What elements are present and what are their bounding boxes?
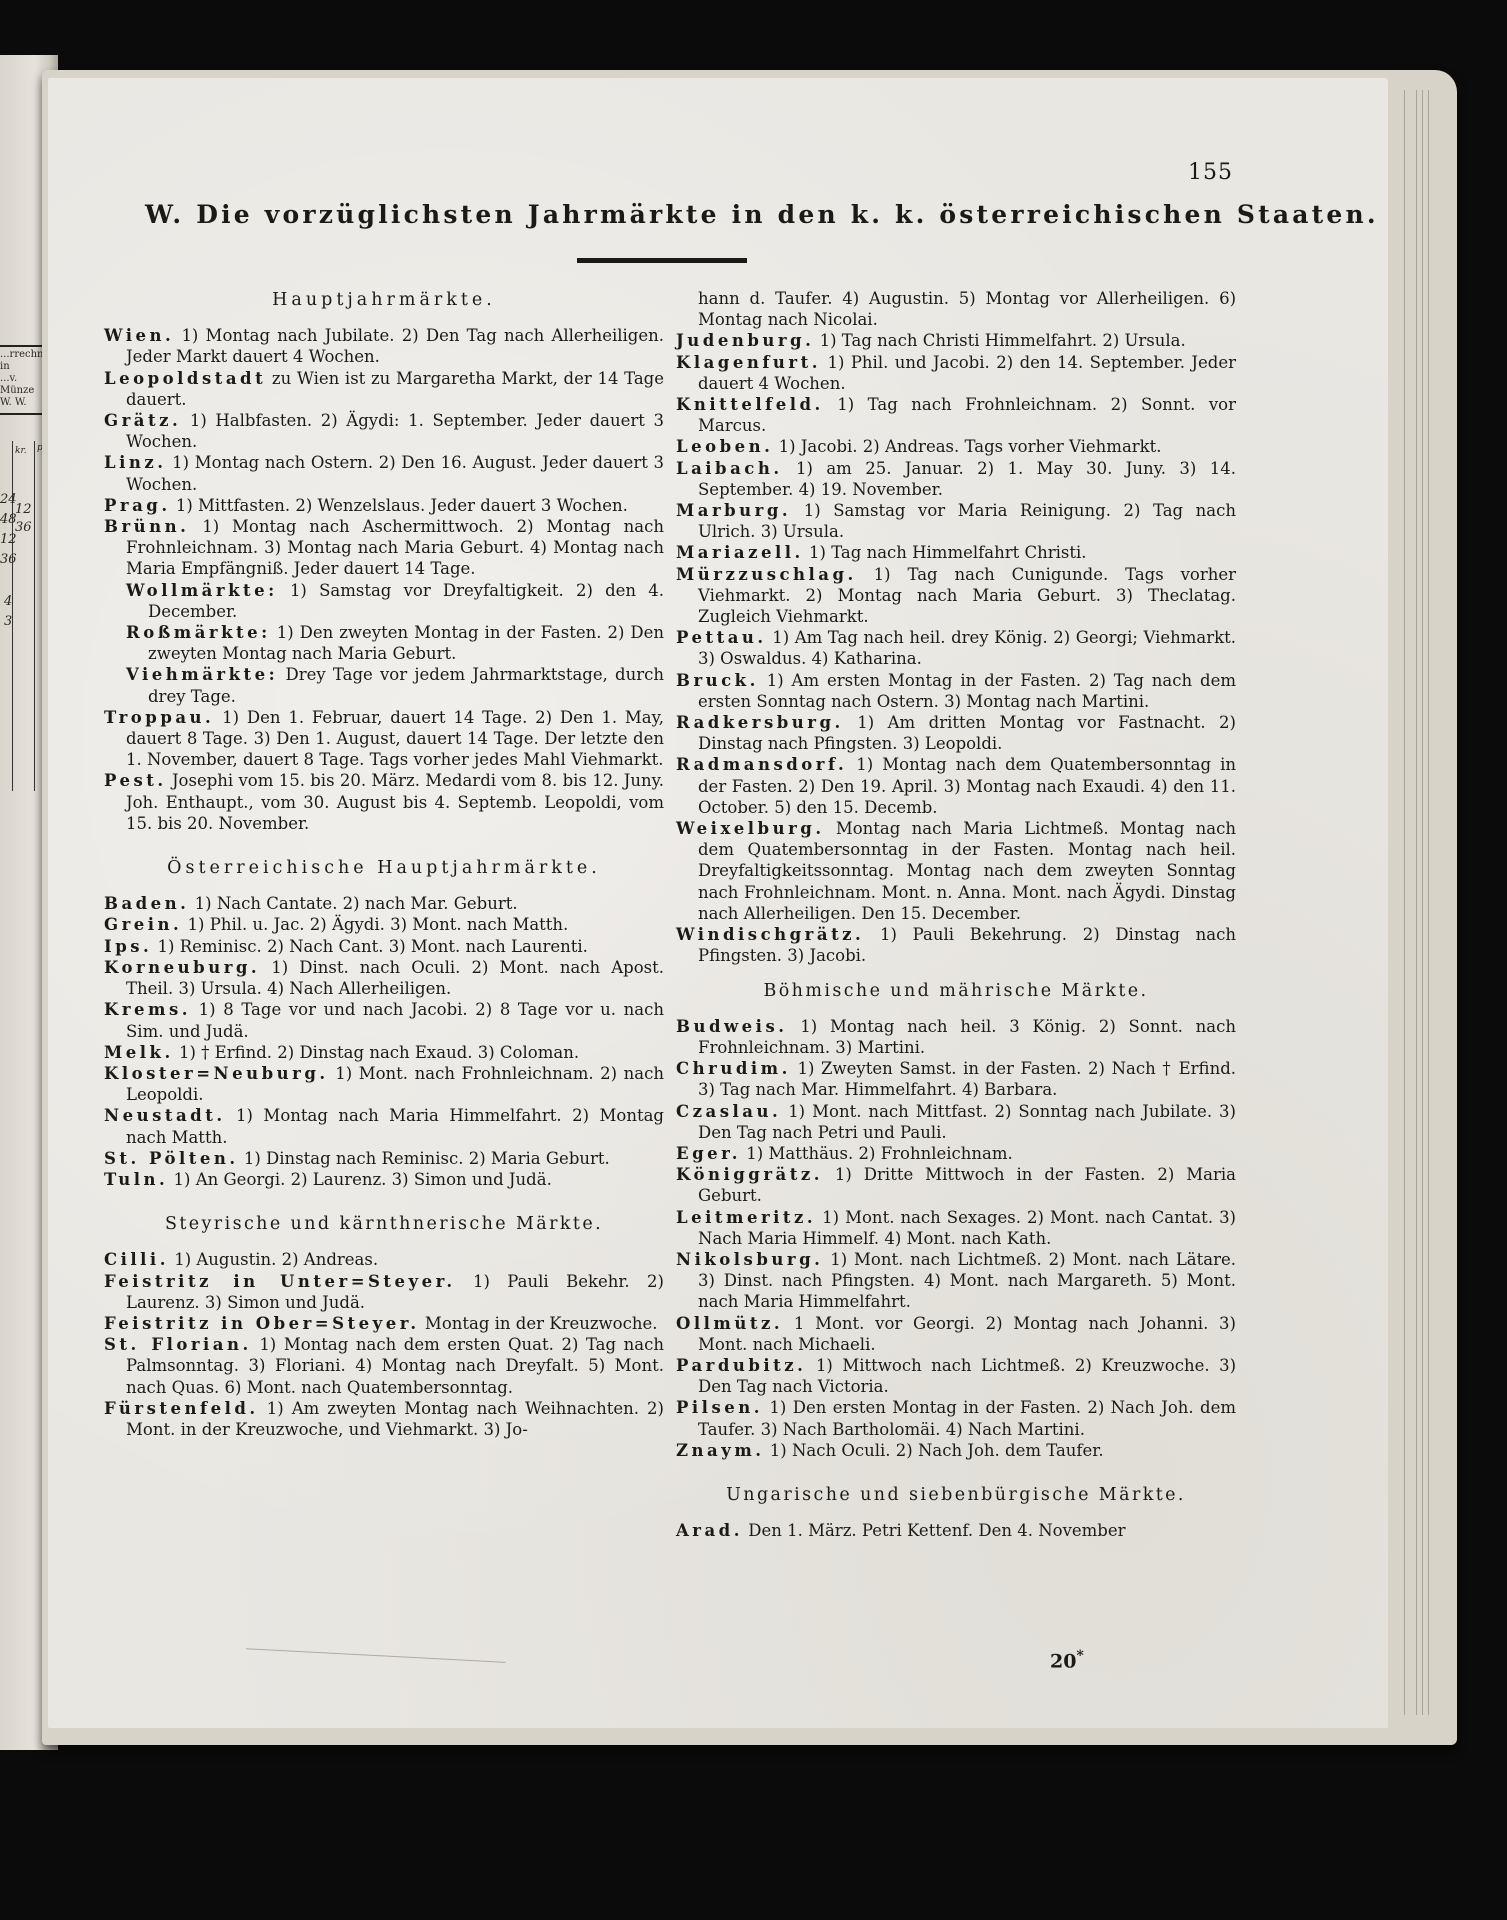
left-text-column: Hauptjahrmärkte. Wien. 1) Montag nach Ju…: [104, 288, 664, 1440]
market-entry: St. Pölten. 1) Dinstag nach Reminisc. 2)…: [104, 1148, 664, 1169]
signature-number: 20: [1050, 1650, 1076, 1672]
place-name: Czaslau.: [676, 1102, 781, 1121]
market-entry: Wien. 1) Montag nach Jubilate. 2) Den Ta…: [104, 325, 664, 367]
place-name: Troppau.: [104, 708, 214, 727]
place-name: Eger.: [676, 1144, 741, 1163]
market-entry: Kloster=Neuburg. 1) Mont. nach Frohnleic…: [104, 1063, 664, 1105]
market-entry: Pest. Josephi vom 15. bis 20. März. Meda…: [104, 770, 664, 834]
table-value: 24: [0, 493, 17, 507]
previous-page-table-header: ...rrechnet in ...v. Münze W. W.: [0, 345, 48, 415]
page-edge-line: [1404, 90, 1405, 1715]
market-subentry: Roßmärkte: 1) Den zweyten Montag in der …: [104, 622, 664, 664]
place-name: Leitmeritz.: [676, 1208, 816, 1227]
place-name: Pettau.: [676, 628, 767, 647]
table-header-line: ...rrechnet in: [0, 349, 48, 373]
place-name: Feistritz in Unter=Steyer.: [104, 1272, 456, 1291]
market-dates: 1) Den ersten Montag in der Fasten. 2) N…: [698, 1398, 1236, 1438]
market-entry: Laibach. 1) am 25. Januar. 2) 1. May 30.…: [676, 458, 1236, 500]
market-entry: Bruck. 1) Am ersten Montag in der Fasten…: [676, 670, 1236, 712]
market-dates: 1) † Erfind. 2) Dinstag nach Exaud. 3) C…: [179, 1043, 579, 1062]
place-name: Radkersburg.: [676, 713, 844, 732]
place-name: St. Pölten.: [104, 1149, 239, 1168]
market-entry: Nikolsburg. 1) Mont. nach Lichtmeß. 2) M…: [676, 1249, 1236, 1313]
market-entry: Fürstenfeld. 1) Am zweyten Montag nach W…: [104, 1398, 664, 1440]
page-edge-line: [1422, 90, 1423, 1715]
market-entry: Feistritz in Ober=Steyer. Montag in der …: [104, 1313, 664, 1334]
market-entry: Grein. 1) Phil. u. Jac. 2) Ägydi. 3) Mon…: [104, 914, 664, 935]
place-name: Neustadt.: [104, 1106, 226, 1125]
place-name: Klagenfurt.: [676, 353, 821, 372]
market-dates: 1) Phil. u. Jac. 2) Ägydi. 3) Mont. nach…: [188, 915, 569, 934]
place-name: Melk.: [104, 1043, 174, 1062]
section-heading: Böhmische und mährische Märkte.: [676, 981, 1236, 1002]
table-value: 48: [0, 513, 17, 527]
market-entry: Eger. 1) Matthäus. 2) Frohnleichnam.: [676, 1143, 1236, 1164]
place-name: Prag.: [104, 496, 171, 515]
market-entry: Leitmeritz. 1) Mont. nach Sexages. 2) Mo…: [676, 1207, 1236, 1249]
market-entry: Radkersburg. 1) Am dritten Montag vor Fa…: [676, 712, 1236, 754]
table-header-line: W. W.: [0, 397, 48, 409]
market-entry: Leoben. 1) Jacobi. 2) Andreas. Tags vorh…: [676, 436, 1236, 457]
market-entry: Arad. Den 1. März. Petri Kettenf. Den 4.…: [676, 1520, 1236, 1541]
table-value: 12: [0, 533, 17, 547]
market-dates: 1) Augustin. 2) Andreas.: [174, 1250, 378, 1269]
market-entry: Marburg. 1) Samstag vor Maria Reinigung.…: [676, 500, 1236, 542]
market-entry: Cilli. 1) Augustin. 2) Andreas.: [104, 1249, 664, 1270]
market-dates: 1) Montag nach Aschermittwoch. 2) Montag…: [126, 517, 664, 578]
place-name: Korneuburg.: [104, 958, 260, 977]
market-entry: Brünn. 1) Montag nach Aschermittwoch. 2)…: [104, 516, 664, 580]
market-entry: Knittelfeld. 1) Tag nach Frohnleichnam. …: [676, 394, 1236, 436]
market-entry: Feistritz in Unter=Steyer. 1) Pauli Beke…: [104, 1271, 664, 1313]
market-dates: 1) Reminisc. 2) Nach Cant. 3) Mont. nach…: [158, 937, 588, 956]
market-entry: Pettau. 1) Am Tag nach heil. drey König.…: [676, 627, 1236, 669]
market-dates: 1) Am Tag nach heil. drey König. 2) Geor…: [698, 628, 1236, 668]
section-spacer: [104, 1190, 664, 1212]
printer-signature-mark: 20*: [1050, 1648, 1084, 1672]
market-dates: Montag in der Kreuzwoche.: [425, 1314, 658, 1333]
market-entry: Leopoldstadt zu Wien ist zu Margaretha M…: [104, 368, 664, 410]
table-value: 3: [4, 615, 12, 629]
market-entry: Klagenfurt. 1) Phil. und Jacobi. 2) den …: [676, 352, 1236, 394]
table-header-line: ...v. Münze: [0, 373, 48, 397]
page-title: W. Die vorzüglichsten Jahrmärkte in den …: [145, 200, 1195, 229]
market-entry: Mariazell. 1) Tag nach Himmelfahrt Chris…: [676, 542, 1236, 563]
place-name: Cilli.: [104, 1250, 169, 1269]
market-entry: Mürzzuschlag. 1) Tag nach Cunigunde. Tag…: [676, 564, 1236, 628]
market-type: Viehmärkte:: [126, 665, 278, 684]
place-name: Ollmütz.: [676, 1314, 783, 1333]
market-entry: Krems. 1) 8 Tage vor und nach Jacobi. 2)…: [104, 999, 664, 1041]
previous-page-table-fragment: ...rrechnet in ...v. Münze W. W. kr. 12 …: [0, 345, 48, 795]
market-entry: Königgrätz. 1) Dritte Mittwoch in der Fa…: [676, 1164, 1236, 1206]
place-name: Knittelfeld.: [676, 395, 824, 414]
place-name: Pest.: [104, 771, 167, 790]
market-subentry: Wollmärkte: 1) Samstag vor Dreyfaltigkei…: [104, 580, 664, 622]
place-name: Brünn.: [104, 517, 189, 536]
market-entry: Chrudim. 1) Zweyten Samst. in der Fasten…: [676, 1058, 1236, 1100]
section-heading: Ungarische und siebenbürgische Märkte.: [676, 1485, 1236, 1506]
place-name: Grein.: [104, 915, 182, 934]
place-name: Leoben.: [676, 437, 773, 456]
market-type: Roßmärkte:: [126, 623, 271, 642]
place-name: Wien.: [104, 326, 174, 345]
place-name: Weixelburg.: [676, 819, 825, 838]
market-entry: Grätz. 1) Halbfasten. 2) Ägydi: 1. Septe…: [104, 410, 664, 452]
market-entry: Pardubitz. 1) Mittwoch nach Lichtmeß. 2)…: [676, 1355, 1236, 1397]
place-name: Arad.: [676, 1521, 743, 1540]
market-dates: Den 1. März. Petri Kettenf. Den 4. Novem…: [748, 1521, 1125, 1540]
place-name: Radmansdorf.: [676, 755, 847, 774]
place-name: Windischgrätz.: [676, 925, 864, 944]
place-name: Krems.: [104, 1000, 191, 1019]
signature-asterisk: *: [1076, 1648, 1083, 1664]
market-entry: Windischgrätz. 1) Pauli Bekehrung. 2) Di…: [676, 924, 1236, 966]
right-text-column: hann d. Taufer. 4) Augustin. 5) Montag v…: [676, 288, 1236, 1541]
place-name: Ips.: [104, 937, 152, 956]
market-dates: 1) An Georgi. 2) Laurenz. 3) Simon und J…: [174, 1170, 552, 1189]
market-entry: St. Florian. 1) Montag nach dem ersten Q…: [104, 1334, 664, 1398]
place-name: Budweis.: [676, 1017, 787, 1036]
market-dates: 1) Dinstag nach Reminisc. 2) Maria Gebur…: [244, 1149, 610, 1168]
place-name: Fürstenfeld.: [104, 1399, 259, 1418]
place-name: Znaym.: [676, 1441, 765, 1460]
place-name: Königgrätz.: [676, 1165, 823, 1184]
market-entry: Tuln. 1) An Georgi. 2) Laurenz. 3) Simon…: [104, 1169, 664, 1190]
market-entry: Judenburg. 1) Tag nach Christi Himmelfah…: [676, 330, 1236, 351]
place-name: Judenburg.: [676, 331, 814, 350]
place-name: Laibach.: [676, 459, 783, 478]
market-dates: 1) 8 Tage vor und nach Jacobi. 2) 8 Tage…: [126, 1000, 664, 1040]
section-heading: Hauptjahrmärkte.: [104, 290, 664, 311]
section-heading: Steyrische und kärnthnerische Märkte.: [104, 1214, 664, 1235]
place-name: Baden.: [104, 894, 189, 913]
section-spacer: [676, 1461, 1236, 1483]
market-subentry: Viehmärkte: Drey Tage vor jedem Jahrmark…: [104, 664, 664, 706]
place-name: Nikolsburg.: [676, 1250, 823, 1269]
market-entry: Czaslau. 1) Mont. nach Mittfast. 2) Sonn…: [676, 1101, 1236, 1143]
market-dates: Josephi vom 15. bis 20. März. Medardi vo…: [126, 771, 664, 832]
market-entry: Pilsen. 1) Den ersten Montag in der Fast…: [676, 1397, 1236, 1439]
market-dates: 1) Matthäus. 2) Frohnleichnam.: [746, 1144, 1012, 1163]
table-value: 36: [15, 517, 32, 538]
place-name: Bruck.: [676, 671, 759, 690]
market-dates: 1) Montag nach Jubilate. 2) Den Tag nach…: [126, 326, 664, 366]
page-number: 155: [1188, 160, 1233, 185]
market-entry: Znaym. 1) Nach Oculi. 2) Nach Joh. dem T…: [676, 1440, 1236, 1461]
table-value: 36: [0, 553, 17, 567]
market-dates: 1) Montag nach Ostern. 2) Den 16. August…: [126, 453, 664, 493]
place-name: Leopoldstadt: [104, 369, 266, 388]
table-value: 4: [4, 595, 12, 609]
place-name: Linz.: [104, 453, 166, 472]
market-entry: Baden. 1) Nach Cantate. 2) nach Mar. Geb…: [104, 893, 664, 914]
place-name: Feistritz in Ober=Steyer.: [104, 1314, 420, 1333]
continued-entry: hann d. Taufer. 4) Augustin. 5) Montag v…: [676, 288, 1236, 330]
page-edge-line: [1428, 90, 1429, 1715]
market-entry: Radmansdorf. 1) Montag nach dem Quatembe…: [676, 754, 1236, 818]
market-entry: Weixelburg. Montag nach Maria Lichtmeß. …: [676, 818, 1236, 924]
section-heading: Österreichische Hauptjahrmärkte.: [104, 858, 664, 879]
place-name: Marburg.: [676, 501, 791, 520]
market-entry: Neustadt. 1) Montag nach Maria Himmelfah…: [104, 1105, 664, 1147]
market-entry: Ollmütz. 1 Mont. vor Georgi. 2) Montag n…: [676, 1313, 1236, 1355]
page-edge-line: [1416, 90, 1417, 1715]
place-name: Mariazell.: [676, 543, 804, 562]
place-name: Pilsen.: [676, 1398, 763, 1417]
place-name: Pardubitz.: [676, 1356, 806, 1375]
market-dates: 1) Tag nach Himmelfahrt Christi.: [809, 543, 1087, 562]
market-dates: 1) Tag nach Christi Himmelfahrt. 2) Ursu…: [820, 331, 1186, 350]
place-name: St. Florian.: [104, 1335, 252, 1354]
market-entry: Budweis. 1) Montag nach heil. 3 König. 2…: [676, 1016, 1236, 1058]
section-spacer: [104, 834, 664, 856]
place-name: Grätz.: [104, 411, 181, 430]
market-type: Wollmärkte:: [126, 581, 278, 600]
place-name: Mürzzuschlag.: [676, 565, 857, 584]
market-dates: 1) Am ersten Montag in der Fasten. 2) Ta…: [698, 671, 1236, 711]
market-entry: Troppau. 1) Den 1. Februar, dauert 14 Ta…: [104, 707, 664, 771]
section-spacer: [676, 967, 1236, 979]
market-entry: Linz. 1) Montag nach Ostern. 2) Den 16. …: [104, 452, 664, 494]
market-entry: Melk. 1) † Erfind. 2) Dinstag nach Exaud…: [104, 1042, 664, 1063]
market-dates: 1) Jacobi. 2) Andreas. Tags vorher Viehm…: [779, 437, 1162, 456]
market-entry: Korneuburg. 1) Dinst. nach Oculi. 2) Mon…: [104, 957, 664, 999]
market-entry: Ips. 1) Reminisc. 2) Nach Cant. 3) Mont.…: [104, 936, 664, 957]
market-entry: Prag. 1) Mittfasten. 2) Wenzelslaus. Jed…: [104, 495, 664, 516]
market-dates: 1) Mittfasten. 2) Wenzelslaus. Jeder dau…: [176, 496, 628, 515]
market-dates: 1) Nach Cantate. 2) nach Mar. Geburt.: [195, 894, 518, 913]
place-name: Tuln.: [104, 1170, 168, 1189]
place-name: Kloster=Neuburg.: [104, 1064, 329, 1083]
place-name: Chrudim.: [676, 1059, 791, 1078]
market-dates: 1) Nach Oculi. 2) Nach Joh. dem Taufer.: [770, 1441, 1104, 1460]
column-label: kr.: [15, 441, 27, 462]
market-dates: 1) Halbfasten. 2) Ägydi: 1. September. J…: [126, 411, 664, 451]
title-rule-divider: [577, 258, 747, 263]
